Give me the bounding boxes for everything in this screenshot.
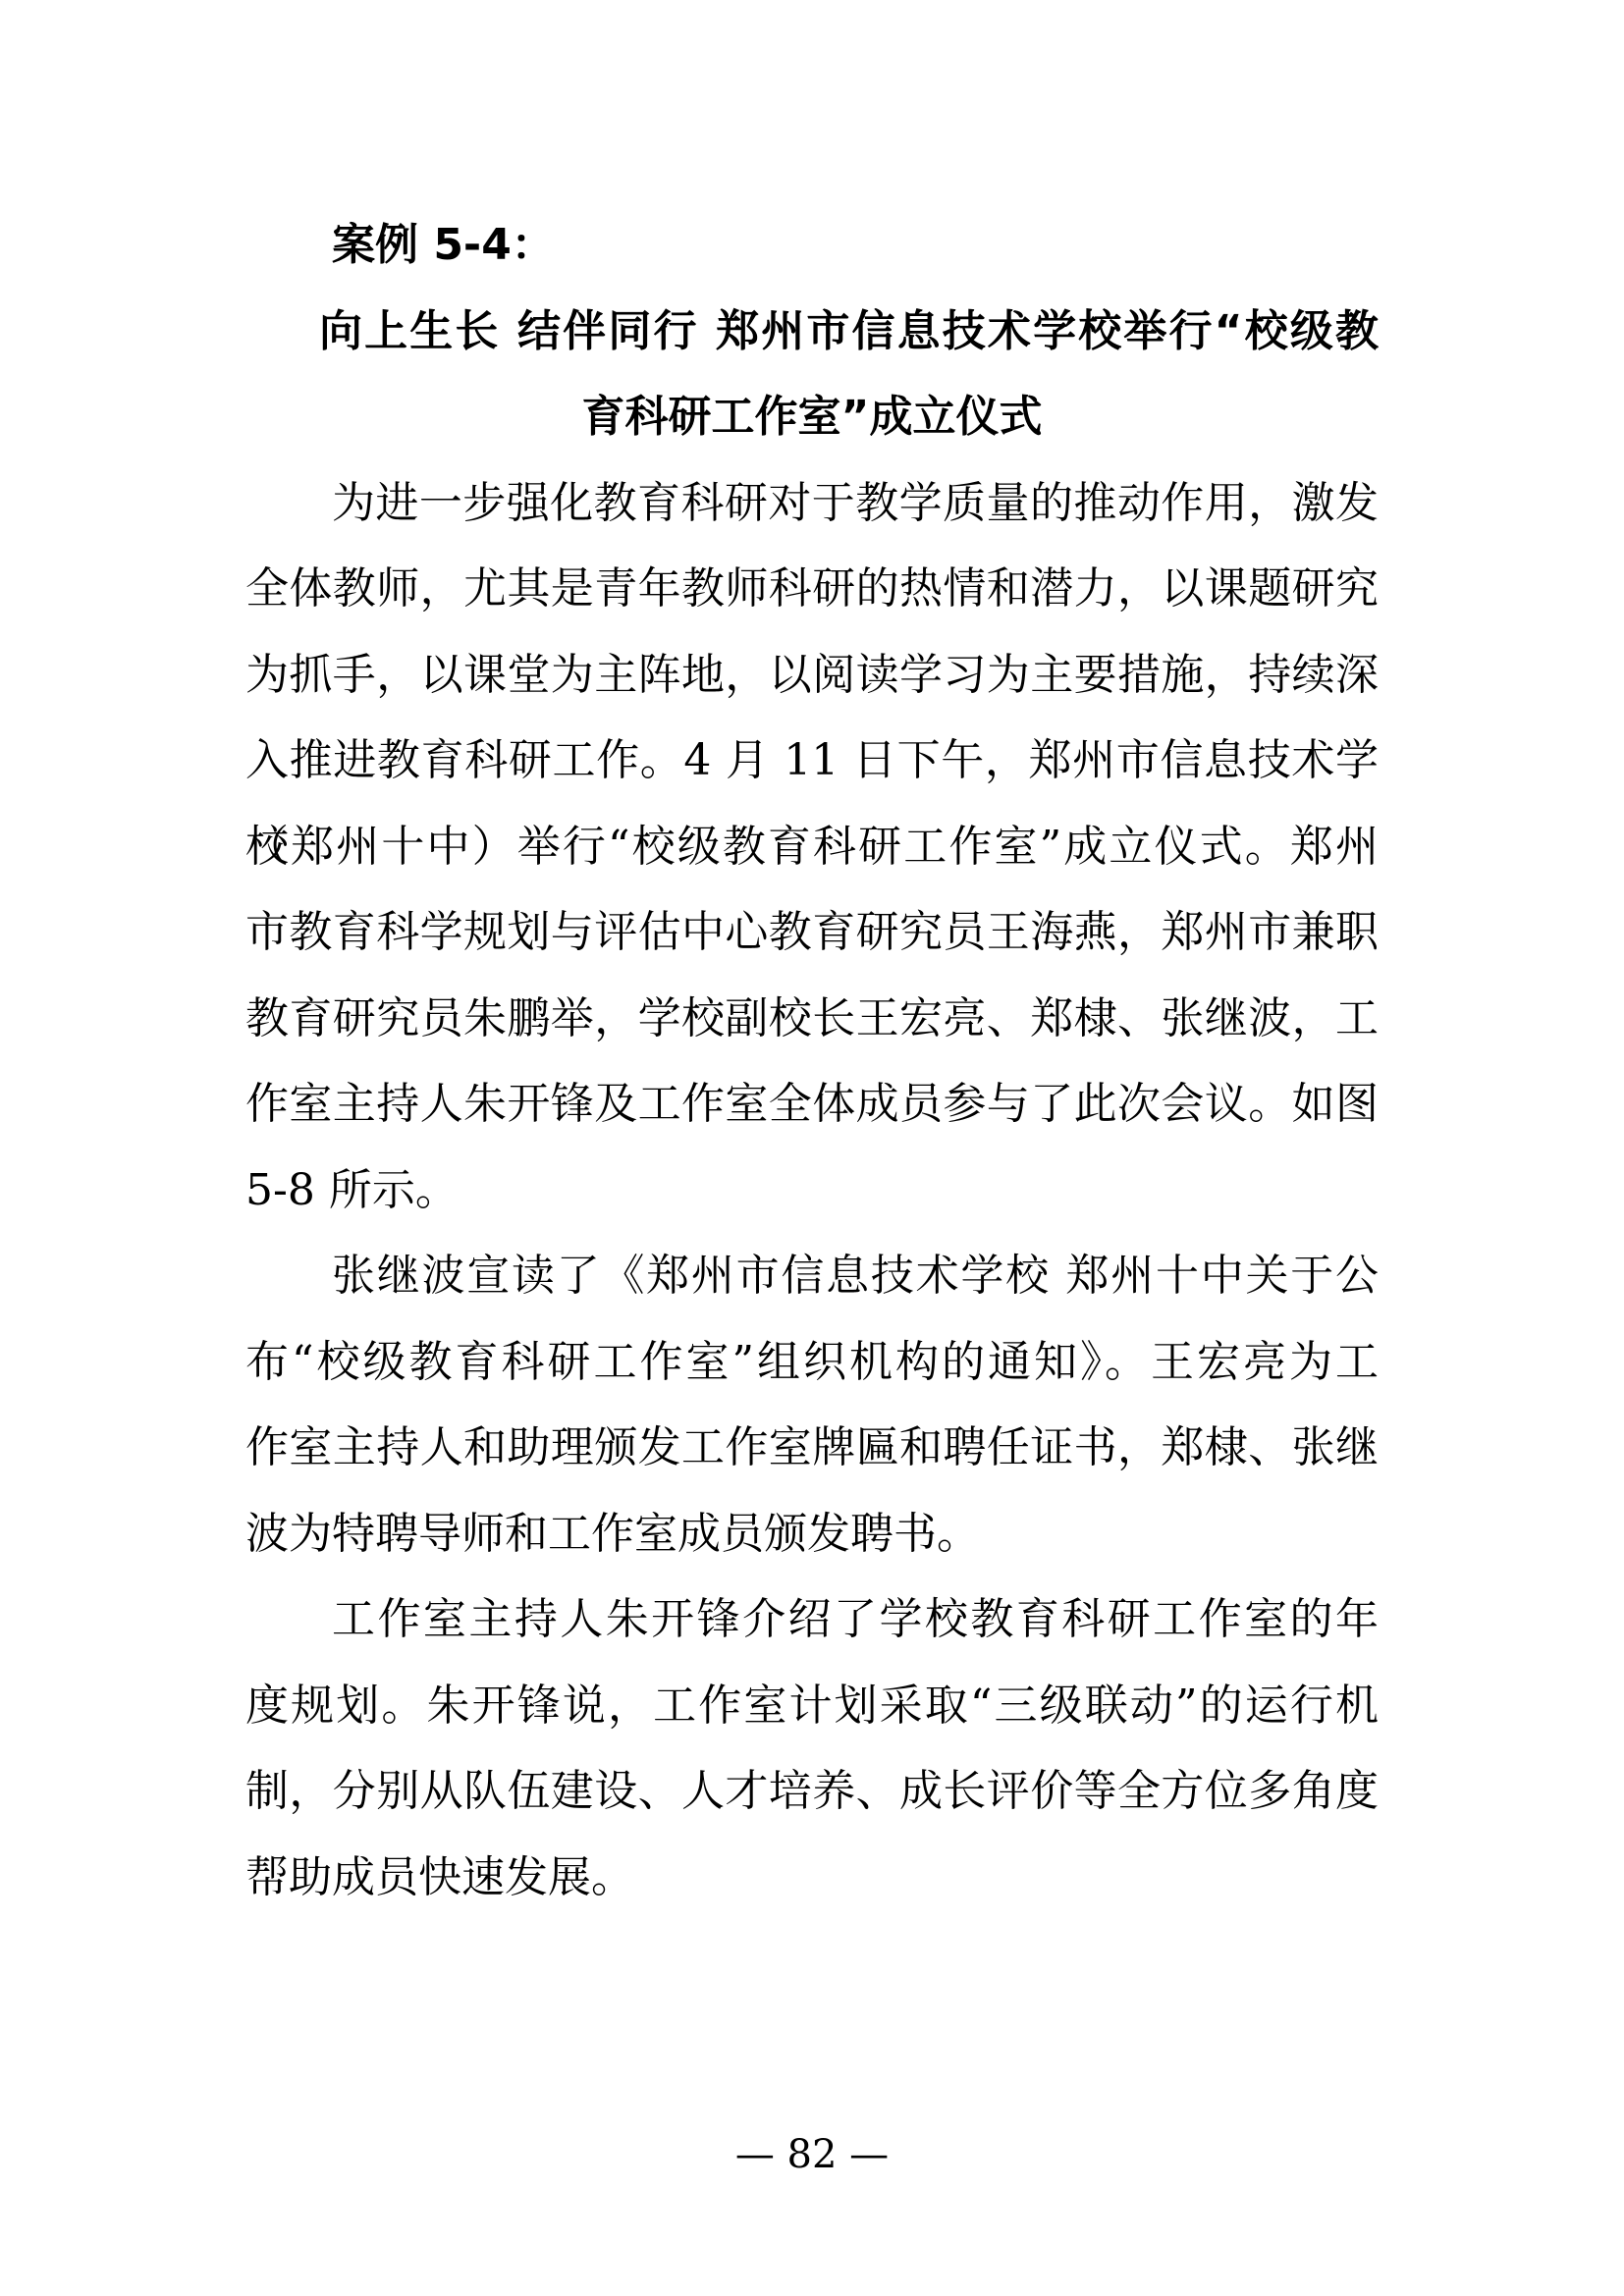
paragraph-1-line: 全体教师，尤其是青年教师科研的热情和潜力，以课题研究 xyxy=(245,546,1379,632)
paragraph-1-line: 教育研究员朱鹏举，学校副校长王宏亮、郑棣、张继波，工 xyxy=(245,976,1379,1062)
paragraph-2-line: 作室主持人和助理颁发工作室牌匾和聘任证书，郑棣、张继 xyxy=(245,1405,1379,1491)
paragraph-1-line: 入推进教育科研工作。4 月 11 日下午，郑州市信息技术学校 xyxy=(245,718,1379,804)
article-title-line-2: 育科研工作室”成立仪式 xyxy=(245,374,1379,460)
document-body: 案例 5-4： 向上生长 结伴同行 郑州市信息技术学校举行“校级教 育科研工作室… xyxy=(245,202,1379,1920)
paragraph-3-line: 度规划。朱开锋说，工作室计划采取“三级联动”的运行机 xyxy=(245,1663,1379,1749)
case-label: 案例 5-4： xyxy=(245,202,1379,289)
paragraph-3-line: 工作室主持人朱开锋介绍了学校教育科研工作室的年 xyxy=(245,1576,1379,1663)
page-number: — 82 — xyxy=(0,2133,1624,2176)
paragraph-2-line: 布“校级教育科研工作室”组织机构的通知》。王宏亮为工 xyxy=(245,1319,1379,1406)
paragraph-1-line: 5-8 所示。 xyxy=(245,1148,1379,1234)
paragraph-2-line: 波为特聘导师和工作室成员颁发聘书。 xyxy=(245,1491,1379,1577)
paragraph-2-line: 张继波宣读了《郑州市信息技术学校 郑州十中关于公 xyxy=(245,1233,1379,1319)
paragraph-1-line: 为进一步强化教育科研对于教学质量的推动作用，激发 xyxy=(245,460,1379,547)
paragraph-1-line: 为抓手，以课堂为主阵地，以阅读学习为主要措施，持续深 xyxy=(245,632,1379,719)
paragraph-1-line: （郑州十中）举行“校级教育科研工作室”成立仪式。郑州 xyxy=(245,804,1379,890)
paragraph-1-line: 市教育科学规划与评估中心教育研究员王海燕，郑州市兼职 xyxy=(245,889,1379,976)
paragraph-3-line: 制，分别从队伍建设、人才培养、成长评价等全方位多角度 xyxy=(245,1748,1379,1835)
article-title-line-1: 向上生长 结伴同行 郑州市信息技术学校举行“校级教 xyxy=(245,289,1379,375)
paragraph-1-line: 作室主持人朱开锋及工作室全体成员参与了此次会议。如图 xyxy=(245,1061,1379,1148)
paragraph-3-line: 帮助成员快速发展。 xyxy=(245,1835,1379,1921)
